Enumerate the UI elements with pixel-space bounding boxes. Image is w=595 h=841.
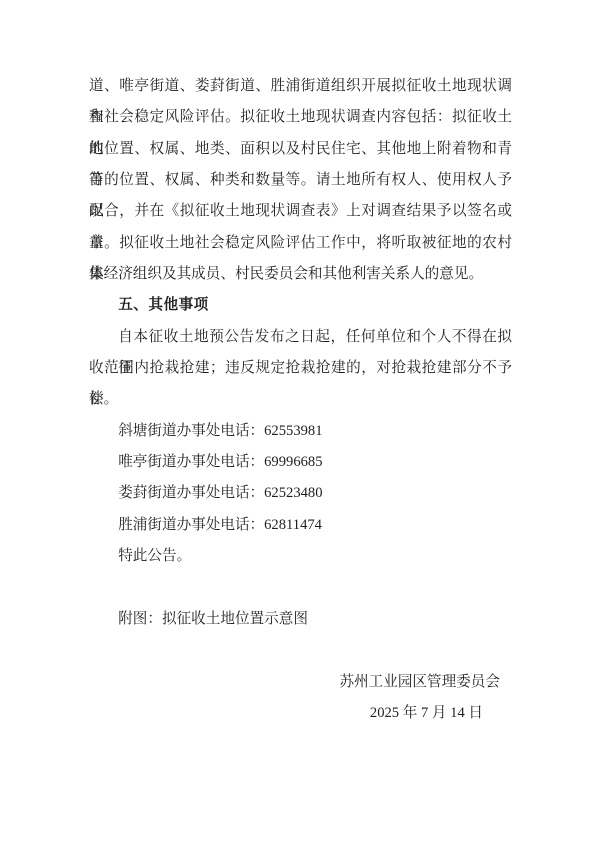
closing-line: 特此公告。 bbox=[89, 541, 512, 572]
para2-line: 自本征收土地预公告发布之日起，任何单位和个人不得在拟征 bbox=[89, 322, 512, 353]
contact-line: 娄葑街道办事处电话：62523480 bbox=[89, 478, 512, 509]
para1-line: 章。拟征收土地社会稳定风险评估工作中，将听取被征地的农村集 bbox=[89, 228, 512, 259]
blank-line bbox=[89, 635, 512, 666]
para1-line: 道、唯亭街道、娄葑街道、胜浦街道组织开展拟征收土地现状调查 bbox=[89, 71, 512, 102]
document-body: 道、唯亭街道、娄葑街道、胜浦街道组织开展拟征收土地现状调查 和社会稳定风险评估。… bbox=[89, 71, 512, 729]
contact-line: 唯亭街道办事处电话：69996685 bbox=[89, 447, 512, 478]
para1-line: 配合，并在《拟征收土地现状调查表》上对调查结果予以签名或盖 bbox=[89, 196, 512, 227]
para1-line: 体经济组织及其成员、村民委员会和其他利害关系人的意见。 bbox=[89, 259, 512, 290]
para2-line: 偿。 bbox=[89, 384, 512, 415]
signature-date: 2025 年 7 月 14 日 bbox=[89, 698, 512, 729]
contact-line: 胜浦街道办事处电话：62811474 bbox=[89, 510, 512, 541]
para1-line: 和社会稳定风险评估。拟征收土地现状调查内容包括：拟征收土地 bbox=[89, 102, 512, 133]
attachment-note: 附图：拟征收土地位置示意图 bbox=[89, 604, 512, 635]
blank-line bbox=[89, 573, 512, 604]
document-page: 道、唯亭街道、娄葑街道、胜浦街道组织开展拟征收土地现状调查 和社会稳定风险评估。… bbox=[0, 0, 595, 841]
para2-line: 收范围内抢栽抢建；违反规定抢栽抢建的，对抢栽抢建部分不予补 bbox=[89, 353, 512, 384]
section-heading: 五、其他事项 bbox=[89, 290, 512, 321]
contact-line: 斜塘街道办事处电话：62553981 bbox=[89, 416, 512, 447]
para1-line: 等的位置、权属、种类和数量等。请土地所有权人、使用权人予以 bbox=[89, 165, 512, 196]
para1-line: 的位置、权属、地类、面积以及村民住宅、其他地上附着物和青苗 bbox=[89, 134, 512, 165]
signature-issuer: 苏州工业园区管理委员会 bbox=[89, 667, 512, 698]
